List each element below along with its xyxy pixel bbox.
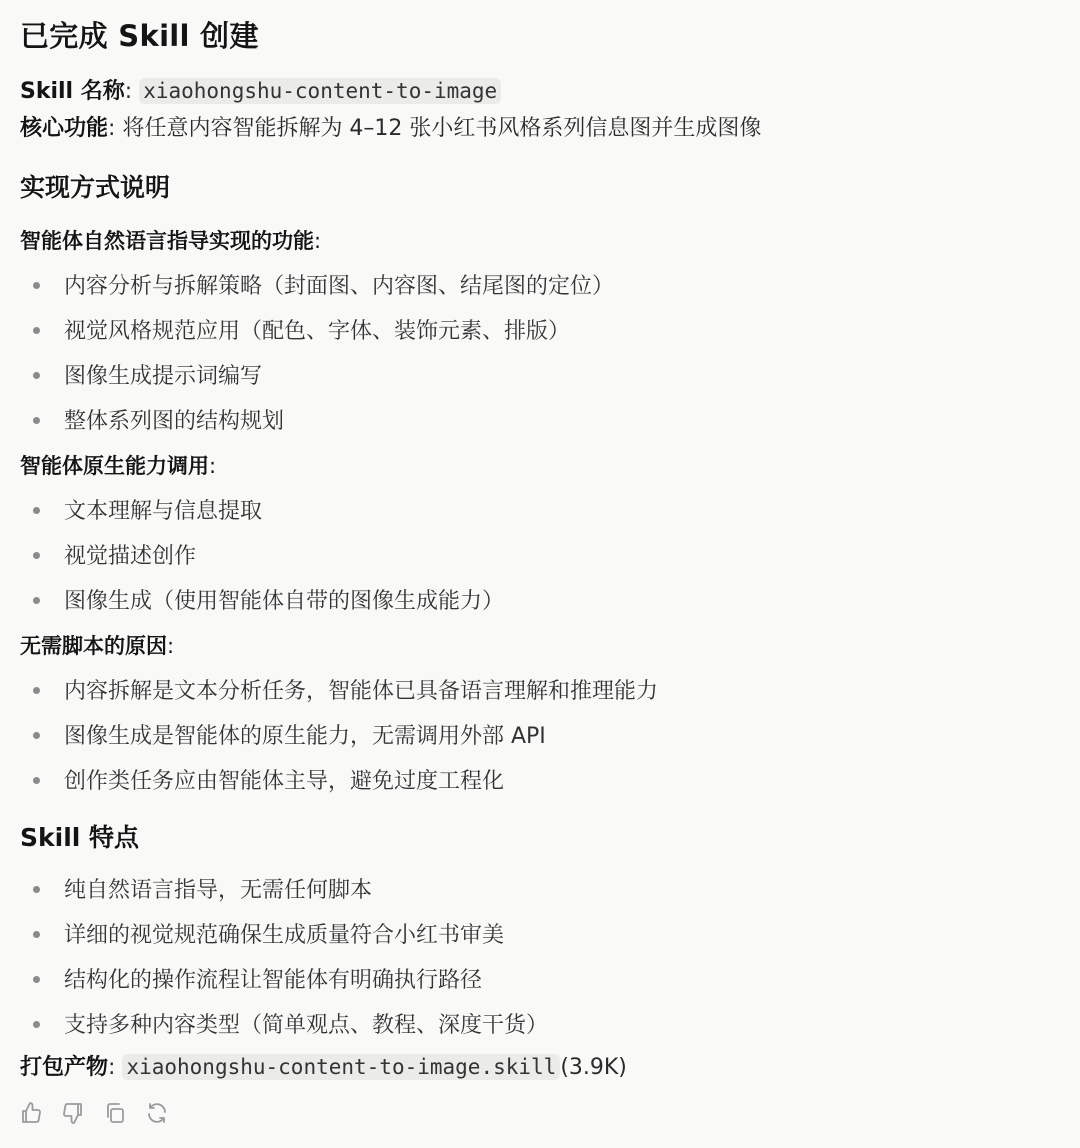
list-item-text: 支持多种内容类型（简单观点、教程、深度干货） [64, 1013, 548, 1038]
list-item: 内容拆解是文本分析任务，智能体已具备语言理解和推理能力 [20, 674, 658, 705]
group-label-text: 智能体自然语言指导实现的功能 [20, 229, 314, 253]
list-item-text: 详细的视觉规范确保生成质量符合小红书审美 [64, 923, 504, 948]
section-features-title: Skill 特点 [20, 818, 139, 854]
list-item-text: 整体系列图的结构规划 [64, 409, 284, 434]
artifact-file-code: xiaohongshu-content-to-image.skill [122, 1054, 560, 1080]
list-item-text: 创作类任务应由智能体主导，避免过度工程化 [64, 769, 504, 794]
bullet-icon [33, 777, 40, 784]
core-function-line: 核心功能: 将任意内容智能拆解为 4–12 张小红书风格系列信息图并生成图像 [20, 114, 761, 144]
list-item-text: 纯自然语言指导，无需任何脚本 [64, 878, 372, 903]
bullet-icon [33, 931, 40, 938]
colon: : [314, 229, 321, 253]
list-item-text: 内容分析与拆解策略（封面图、内容图、结尾图的定位） [64, 274, 614, 299]
group-label-text: 智能体原生能力调用 [20, 454, 209, 478]
message-actions [18, 1100, 170, 1126]
bullet-icon [33, 417, 40, 424]
list-item-text: 视觉描述创作 [64, 544, 196, 569]
core-function-label: 核心功能 [20, 116, 108, 141]
bullet-icon [33, 372, 40, 379]
artifact-size: (3.9K) [560, 1055, 627, 1080]
list-item: 图像生成是智能体的原生能力，无需调用外部 API [20, 719, 546, 750]
bullet-icon [33, 327, 40, 334]
bullet-icon [33, 732, 40, 739]
skill-name-code: xiaohongshu-content-to-image [139, 78, 501, 104]
list-item: 详细的视觉规范确保生成质量符合小红书审美 [20, 918, 504, 949]
artifact-label: 打包产物 [20, 1055, 108, 1080]
list-item-text: 图像生成提示词编写 [64, 364, 262, 389]
bullet-icon [33, 282, 40, 289]
bullet-icon [33, 597, 40, 604]
list-item: 纯自然语言指导，无需任何脚本 [20, 873, 372, 904]
group-label-nl-guided: 智能体自然语言指导实现的功能: [20, 225, 321, 255]
list-item: 视觉风格规范应用（配色、字体、装饰元素、排版） [20, 314, 570, 345]
copy-icon [103, 1101, 127, 1125]
list-item: 整体系列图的结构规划 [20, 404, 284, 435]
thumbs-up-icon [19, 1101, 43, 1125]
list-item: 创作类任务应由智能体主导，避免过度工程化 [20, 764, 504, 795]
bullet-icon [33, 976, 40, 983]
list-item: 视觉描述创作 [20, 539, 196, 570]
core-function-value: 将任意内容智能拆解为 4–12 张小红书风格系列信息图并生成图像 [122, 116, 761, 141]
list-item: 支持多种内容类型（简单观点、教程、深度干货） [20, 1008, 548, 1039]
bullet-icon [33, 1021, 40, 1028]
bullet-icon [33, 507, 40, 514]
skill-name-line: Skill 名称: xiaohongshu-content-to-image [20, 76, 501, 107]
list-item: 图像生成（使用智能体自带的图像生成能力） [20, 584, 504, 615]
thumbs-up-button[interactable] [18, 1100, 44, 1126]
section-impl-title: 实现方式说明 [20, 168, 170, 204]
list-item: 内容分析与拆解策略（封面图、内容图、结尾图的定位） [20, 269, 614, 300]
skill-name-label: Skill 名称 [20, 79, 125, 104]
group-label-native: 智能体原生能力调用: [20, 450, 216, 480]
group-label-no-script: 无需脚本的原因: [20, 630, 174, 660]
colon: : [125, 79, 132, 104]
bullet-icon [33, 552, 40, 559]
thumbs-down-button[interactable] [60, 1100, 86, 1126]
colon: : [108, 1055, 115, 1080]
regenerate-button[interactable] [144, 1100, 170, 1126]
list-item-text: 文本理解与信息提取 [64, 499, 262, 524]
list-item-text: 视觉风格规范应用（配色、字体、装饰元素、排版） [64, 319, 570, 344]
list-item-text: 图像生成是智能体的原生能力，无需调用外部 API [64, 724, 546, 749]
message-title: 已完成 Skill 创建 [20, 14, 259, 55]
colon: : [209, 454, 216, 478]
artifact-line: 打包产物: xiaohongshu-content-to-image.skill… [20, 1052, 627, 1083]
list-item: 文本理解与信息提取 [20, 494, 262, 525]
colon: : [167, 634, 174, 658]
list-item-text: 图像生成（使用智能体自带的图像生成能力） [64, 589, 504, 614]
colon: : [108, 116, 115, 141]
regenerate-icon [145, 1101, 169, 1125]
list-item-text: 内容拆解是文本分析任务，智能体已具备语言理解和推理能力 [64, 679, 658, 704]
bullet-icon [33, 886, 40, 893]
bullet-icon [33, 687, 40, 694]
list-item: 结构化的操作流程让智能体有明确执行路径 [20, 963, 482, 994]
copy-button[interactable] [102, 1100, 128, 1126]
thumbs-down-icon [61, 1101, 85, 1125]
list-item-text: 结构化的操作流程让智能体有明确执行路径 [64, 968, 482, 993]
list-item: 图像生成提示词编写 [20, 359, 262, 390]
group-label-text: 无需脚本的原因 [20, 634, 167, 658]
